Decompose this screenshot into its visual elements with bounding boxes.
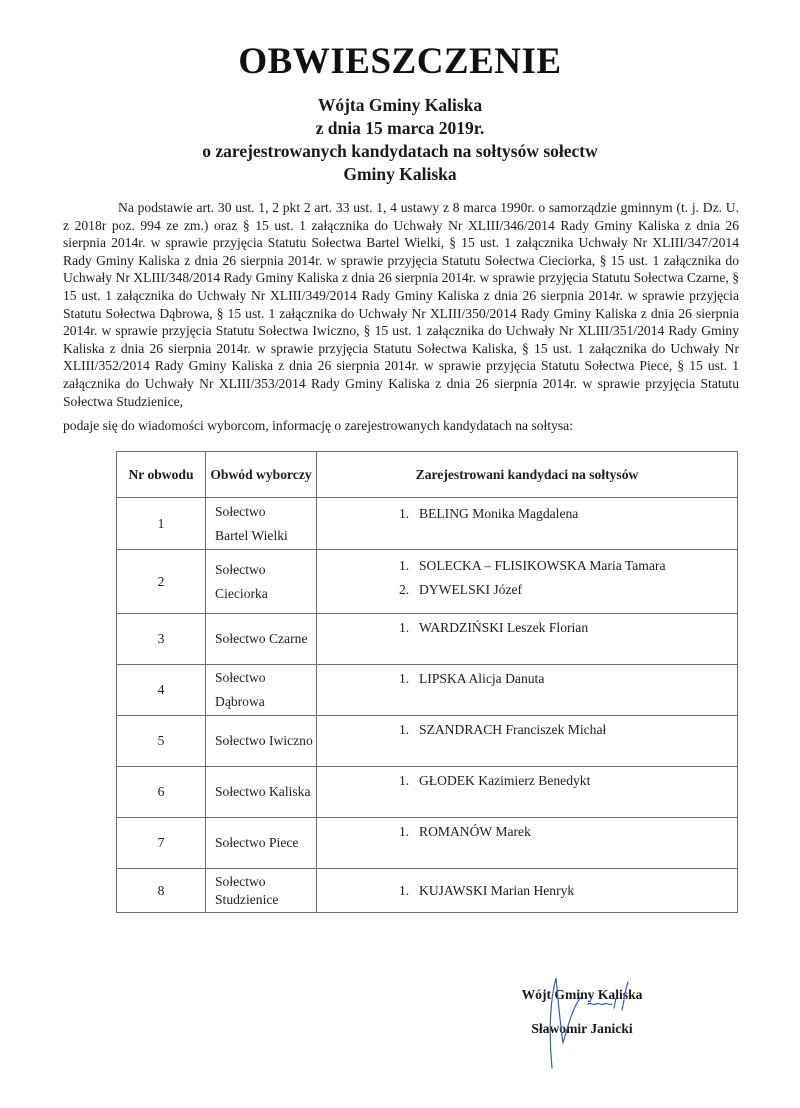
candidate-list: 1.WARDZIŃSKI Leszek Florian [317,614,737,640]
candidate-name: LIPSKA Alicja Danuta [419,671,544,686]
district-name-line: Bartel Wielki [215,524,316,548]
district-name: Sołectwo Dąbrowa [206,665,317,716]
candidate-number: 1. [399,820,419,844]
candidate-list: 1.SZANDRACH Franciszek Michał [317,716,737,742]
candidate-name: ROMANÓW Marek [419,824,531,839]
signature-office: Wójt Gminy Kaliska [492,987,672,1003]
district-number: 8 [117,869,206,913]
candidate-item: 1.WARDZIŃSKI Leszek Florian [399,616,737,640]
table-row: 1SołectwoBartel Wielki1.BELING Monika Ma… [117,498,738,550]
district-name: Sołectwo Iwiczno [206,716,317,767]
candidate-list: 1.KUJAWSKI Marian Henryk [317,879,737,903]
candidate-number: 2. [399,578,419,602]
district-name: Sołectwo Czarne [206,614,317,665]
candidate-item: 1.SZANDRACH Franciszek Michał [399,718,737,742]
district-name-line: Sołectwo [215,500,316,524]
district-number: 1 [117,498,206,550]
candidate-name: KUJAWSKI Marian Henryk [419,883,574,898]
district-name-line: Sołectwo Iwiczno [215,729,316,753]
district-number: 4 [117,665,206,716]
header-candidates: Zarejestrowani kandydaci na sołtysów [317,452,738,498]
district-name-line: Sołectwo Dąbrowa [215,666,316,714]
district-name-line: Sołectwo Kaliska [215,780,316,804]
candidate-list: 1.LIPSKA Alicja Danuta [317,665,737,691]
subtitle-subject: o zarejestrowanych kandydatach na sołtys… [0,140,800,163]
candidate-name: BELING Monika Magdalena [419,506,578,521]
candidate-number: 1. [399,718,419,742]
table-body: 1SołectwoBartel Wielki1.BELING Monika Ma… [117,498,738,913]
district-number: 6 [117,767,206,818]
legal-basis-paragraph: Na podstawie art. 30 ust. 1, 2 pkt 2 art… [63,199,739,410]
candidate-item: 1.GŁODEK Kazimierz Benedykt [399,769,737,793]
header-district-number: Nr obwodu [117,452,206,498]
district-number: 7 [117,818,206,869]
district-name: SołectwoStudzienice [206,869,317,913]
district-name: Sołectwo Cieciorka [206,550,317,614]
candidate-number: 1. [399,616,419,640]
district-name: Sołectwo Kaliska [206,767,317,818]
candidates-cell: 1.SZANDRACH Franciszek Michał [317,716,738,767]
district-number: 2 [117,550,206,614]
candidate-number: 1. [399,879,419,903]
district-name-line: Sołectwo Piece [215,831,316,855]
candidate-number: 1. [399,769,419,793]
candidate-name: GŁODEK Kazimierz Benedykt [419,773,590,788]
document-title: OBWIESZCZENIE [0,40,800,83]
district-name: SołectwoBartel Wielki [206,498,317,550]
district-name-line: Sołectwo [215,873,316,891]
header-district-name: Obwód wyborczy [206,452,317,498]
district-number: 3 [117,614,206,665]
candidate-number: 1. [399,554,419,578]
table-header-row: Nr obwodu Obwód wyborczy Zarejestrowani … [117,452,738,498]
candidates-table: Nr obwodu Obwód wyborczy Zarejestrowani … [116,451,738,913]
candidate-name: DYWELSKI Józef [419,582,522,597]
candidate-item: 1.BELING Monika Magdalena [399,502,737,526]
candidate-name: SZANDRACH Franciszek Michał [419,722,606,737]
candidate-name: SOLECKA – FLISIKOWSKA Maria Tamara [419,558,665,573]
table-row: 6Sołectwo Kaliska1.GŁODEK Kazimierz Bene… [117,767,738,818]
candidates-cell: 1.ROMANÓW Marek [317,818,738,869]
document-subtitle: Wójta Gminy Kaliska z dnia 15 marca 2019… [0,94,800,186]
candidates-cell: 1.SOLECKA – FLISIKOWSKA Maria Tamara2.DY… [317,550,738,614]
candidates-cell: 1.WARDZIŃSKI Leszek Florian [317,614,738,665]
subtitle-municipality: Gminy Kaliska [0,163,800,186]
candidate-item: 1.LIPSKA Alicja Danuta [399,667,737,691]
candidate-list: 1.ROMANÓW Marek [317,818,737,844]
table-row: 5Sołectwo Iwiczno1.SZANDRACH Franciszek … [117,716,738,767]
signature-block: Wójt Gminy Kaliska Sławomir Janicki [492,987,672,1037]
district-name-line: Sołectwo Cieciorka [215,558,316,606]
table-row: 8SołectwoStudzienice1.KUJAWSKI Marian He… [117,869,738,913]
candidate-item: 1.KUJAWSKI Marian Henryk [399,879,737,903]
district-name: Sołectwo Piece [206,818,317,869]
district-number: 5 [117,716,206,767]
candidate-list: 1.SOLECKA – FLISIKOWSKA Maria Tamara2.DY… [317,550,737,602]
intro-sentence: podaje się do wiadomości wyborcom, infor… [63,418,573,434]
table-row: 3Sołectwo Czarne1.WARDZIŃSKI Leszek Flor… [117,614,738,665]
candidate-item: 1.ROMANÓW Marek [399,820,737,844]
candidate-list: 1.GŁODEK Kazimierz Benedykt [317,767,737,793]
signature-name: Sławomir Janicki [492,1021,672,1037]
candidate-list: 1.BELING Monika Magdalena [317,498,737,526]
subtitle-issuer: Wójta Gminy Kaliska [0,94,800,117]
candidate-number: 1. [399,502,419,526]
candidates-cell: 1.BELING Monika Magdalena [317,498,738,550]
candidate-item: 2.DYWELSKI Józef [399,578,737,602]
table-row: 4Sołectwo Dąbrowa1.LIPSKA Alicja Danuta [117,665,738,716]
candidate-item: 1.SOLECKA – FLISIKOWSKA Maria Tamara [399,554,737,578]
district-name-line: Sołectwo Czarne [215,627,316,651]
candidates-cell: 1.GŁODEK Kazimierz Benedykt [317,767,738,818]
subtitle-date: z dnia 15 marca 2019r. [0,117,800,140]
table-row: 2Sołectwo Cieciorka1.SOLECKA – FLISIKOWS… [117,550,738,614]
candidate-number: 1. [399,667,419,691]
district-name-line: Studzienice [215,891,316,909]
candidates-cell: 1.LIPSKA Alicja Danuta [317,665,738,716]
table-row: 7Sołectwo Piece1.ROMANÓW Marek [117,818,738,869]
candidates-cell: 1.KUJAWSKI Marian Henryk [317,869,738,913]
candidate-name: WARDZIŃSKI Leszek Florian [419,620,588,635]
